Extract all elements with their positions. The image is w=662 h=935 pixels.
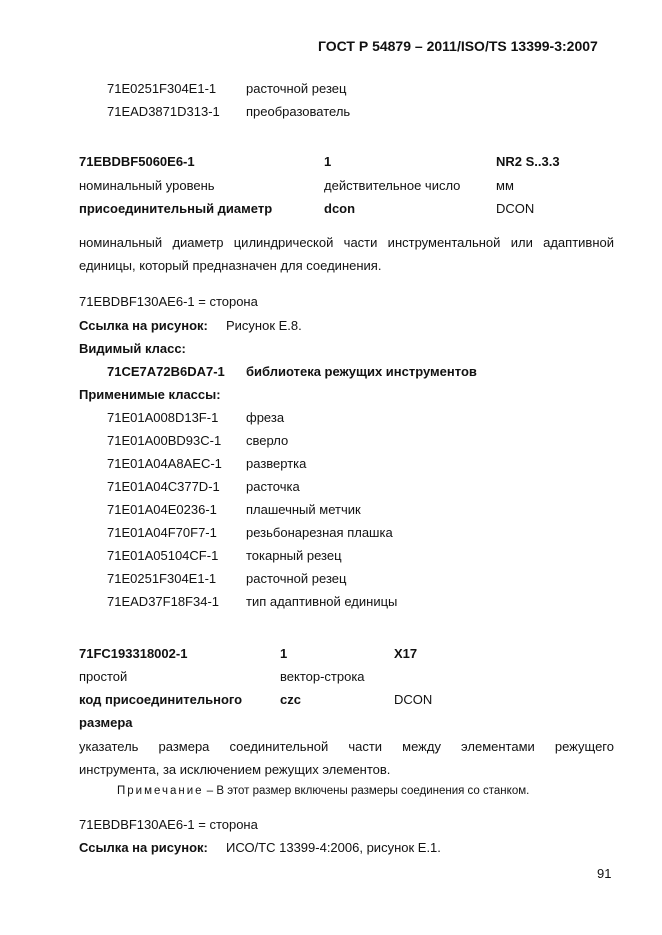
applicable-class-name: расточка xyxy=(246,479,300,495)
list-item-code: 71EAD3871D313-1 xyxy=(107,104,220,120)
definition-line: единицы, который предназначен для соедин… xyxy=(79,254,614,277)
property-name: код присоединительного xyxy=(79,692,242,708)
property-code: DCON xyxy=(496,201,534,217)
visible-class-label: Видимый класс: xyxy=(79,341,186,357)
property-name: присоединительный диаметр xyxy=(79,201,272,217)
note-text: – В этот размер включены размеры соедине… xyxy=(204,785,530,797)
property-symbol: dcon xyxy=(324,201,355,217)
applicable-class-code: 71E01A05104CF-1 xyxy=(107,548,218,564)
side-reference: 71EBDBF130AE6-1 = сторона xyxy=(79,817,258,833)
applicable-class-name: плашечный метчик xyxy=(246,502,361,518)
applicable-class-code: 71E01A00BD93C-1 xyxy=(107,433,221,449)
side-reference: 71EBDBF130AE6-1 = сторона xyxy=(79,294,258,310)
applicable-class-code: 71E01A04C377D-1 xyxy=(107,479,220,495)
figure-ref-label: Ссылка на рисунок: xyxy=(79,840,208,856)
property-version: 1 xyxy=(280,646,287,662)
property-code: DCON xyxy=(394,692,432,708)
visible-class-name: библиотека режущих инструментов xyxy=(246,364,477,380)
property-id: 71FC193318002-1 xyxy=(79,646,187,662)
standard-header: ГОСТ Р 54879 – 2011/ISO/TS 13399-3:2007 xyxy=(318,38,598,54)
property-name-continued: размера xyxy=(79,715,133,731)
visible-class-code: 71CE7A72B6DA7-1 xyxy=(107,364,225,380)
figure-ref-label: Ссылка на рисунок: xyxy=(79,318,208,334)
property-data-type: вектор-строка xyxy=(280,669,365,685)
property-type: простой xyxy=(79,669,127,685)
property-id: 71EBDBF5060E6-1 xyxy=(79,154,195,170)
applicable-class-name: тип адаптивной единицы xyxy=(246,594,397,610)
property-definition: номинальный диаметр цилиндрической части… xyxy=(79,231,614,277)
note-label: Примечание xyxy=(117,785,204,797)
property-format: NR2 S..3.3 xyxy=(496,154,560,170)
list-item-name: преобразователь xyxy=(246,104,350,120)
applicable-class-name: развертка xyxy=(246,456,306,472)
applicable-class-name: фреза xyxy=(246,410,284,426)
definition-line: указатель размера соединительной части м… xyxy=(79,735,614,758)
applicable-class-code: 71EAD37F18F34-1 xyxy=(107,594,219,610)
figure-ref-value: ИСО/ТС 13399-4:2006, рисунок Е.1. xyxy=(226,840,441,856)
definition-line: номинальный диаметр цилиндрической части… xyxy=(79,231,614,254)
list-item-code: 71E0251F304E1-1 xyxy=(107,81,216,97)
property-symbol: czc xyxy=(280,692,301,708)
applicable-class-code: 71E01A008D13F-1 xyxy=(107,410,218,426)
applicable-class-code: 71E01A04F70F7-1 xyxy=(107,525,217,541)
applicable-class-code: 71E0251F304E1-1 xyxy=(107,571,216,587)
figure-ref-value: Рисунок Е.8. xyxy=(226,318,302,334)
list-item-name: расточной резец xyxy=(246,81,346,97)
property-version: 1 xyxy=(324,154,331,170)
applicable-class-code: 71E01A04E0236-1 xyxy=(107,502,217,518)
property-definition: указатель размера соединительной части м… xyxy=(79,735,614,781)
applicable-class-name: сверло xyxy=(246,433,288,449)
applicable-class-name: токарный резец xyxy=(246,548,342,564)
property-data-type: действительное число xyxy=(324,178,460,194)
applicable-classes-label: Применимые классы: xyxy=(79,387,221,403)
property-type: номинальный уровень xyxy=(79,178,215,194)
property-unit: мм xyxy=(496,178,514,194)
definition-line: инструмента, за исключением режущих элем… xyxy=(79,758,614,781)
note: Примечание – В этот размер включены разм… xyxy=(117,783,529,799)
applicable-class-name: резьбонарезная плашка xyxy=(246,525,393,541)
applicable-class-name: расточной резец xyxy=(246,571,346,587)
property-format: X17 xyxy=(394,646,417,662)
applicable-class-code: 71E01A04A8AEC-1 xyxy=(107,456,222,472)
page-number: 91 xyxy=(597,866,611,882)
